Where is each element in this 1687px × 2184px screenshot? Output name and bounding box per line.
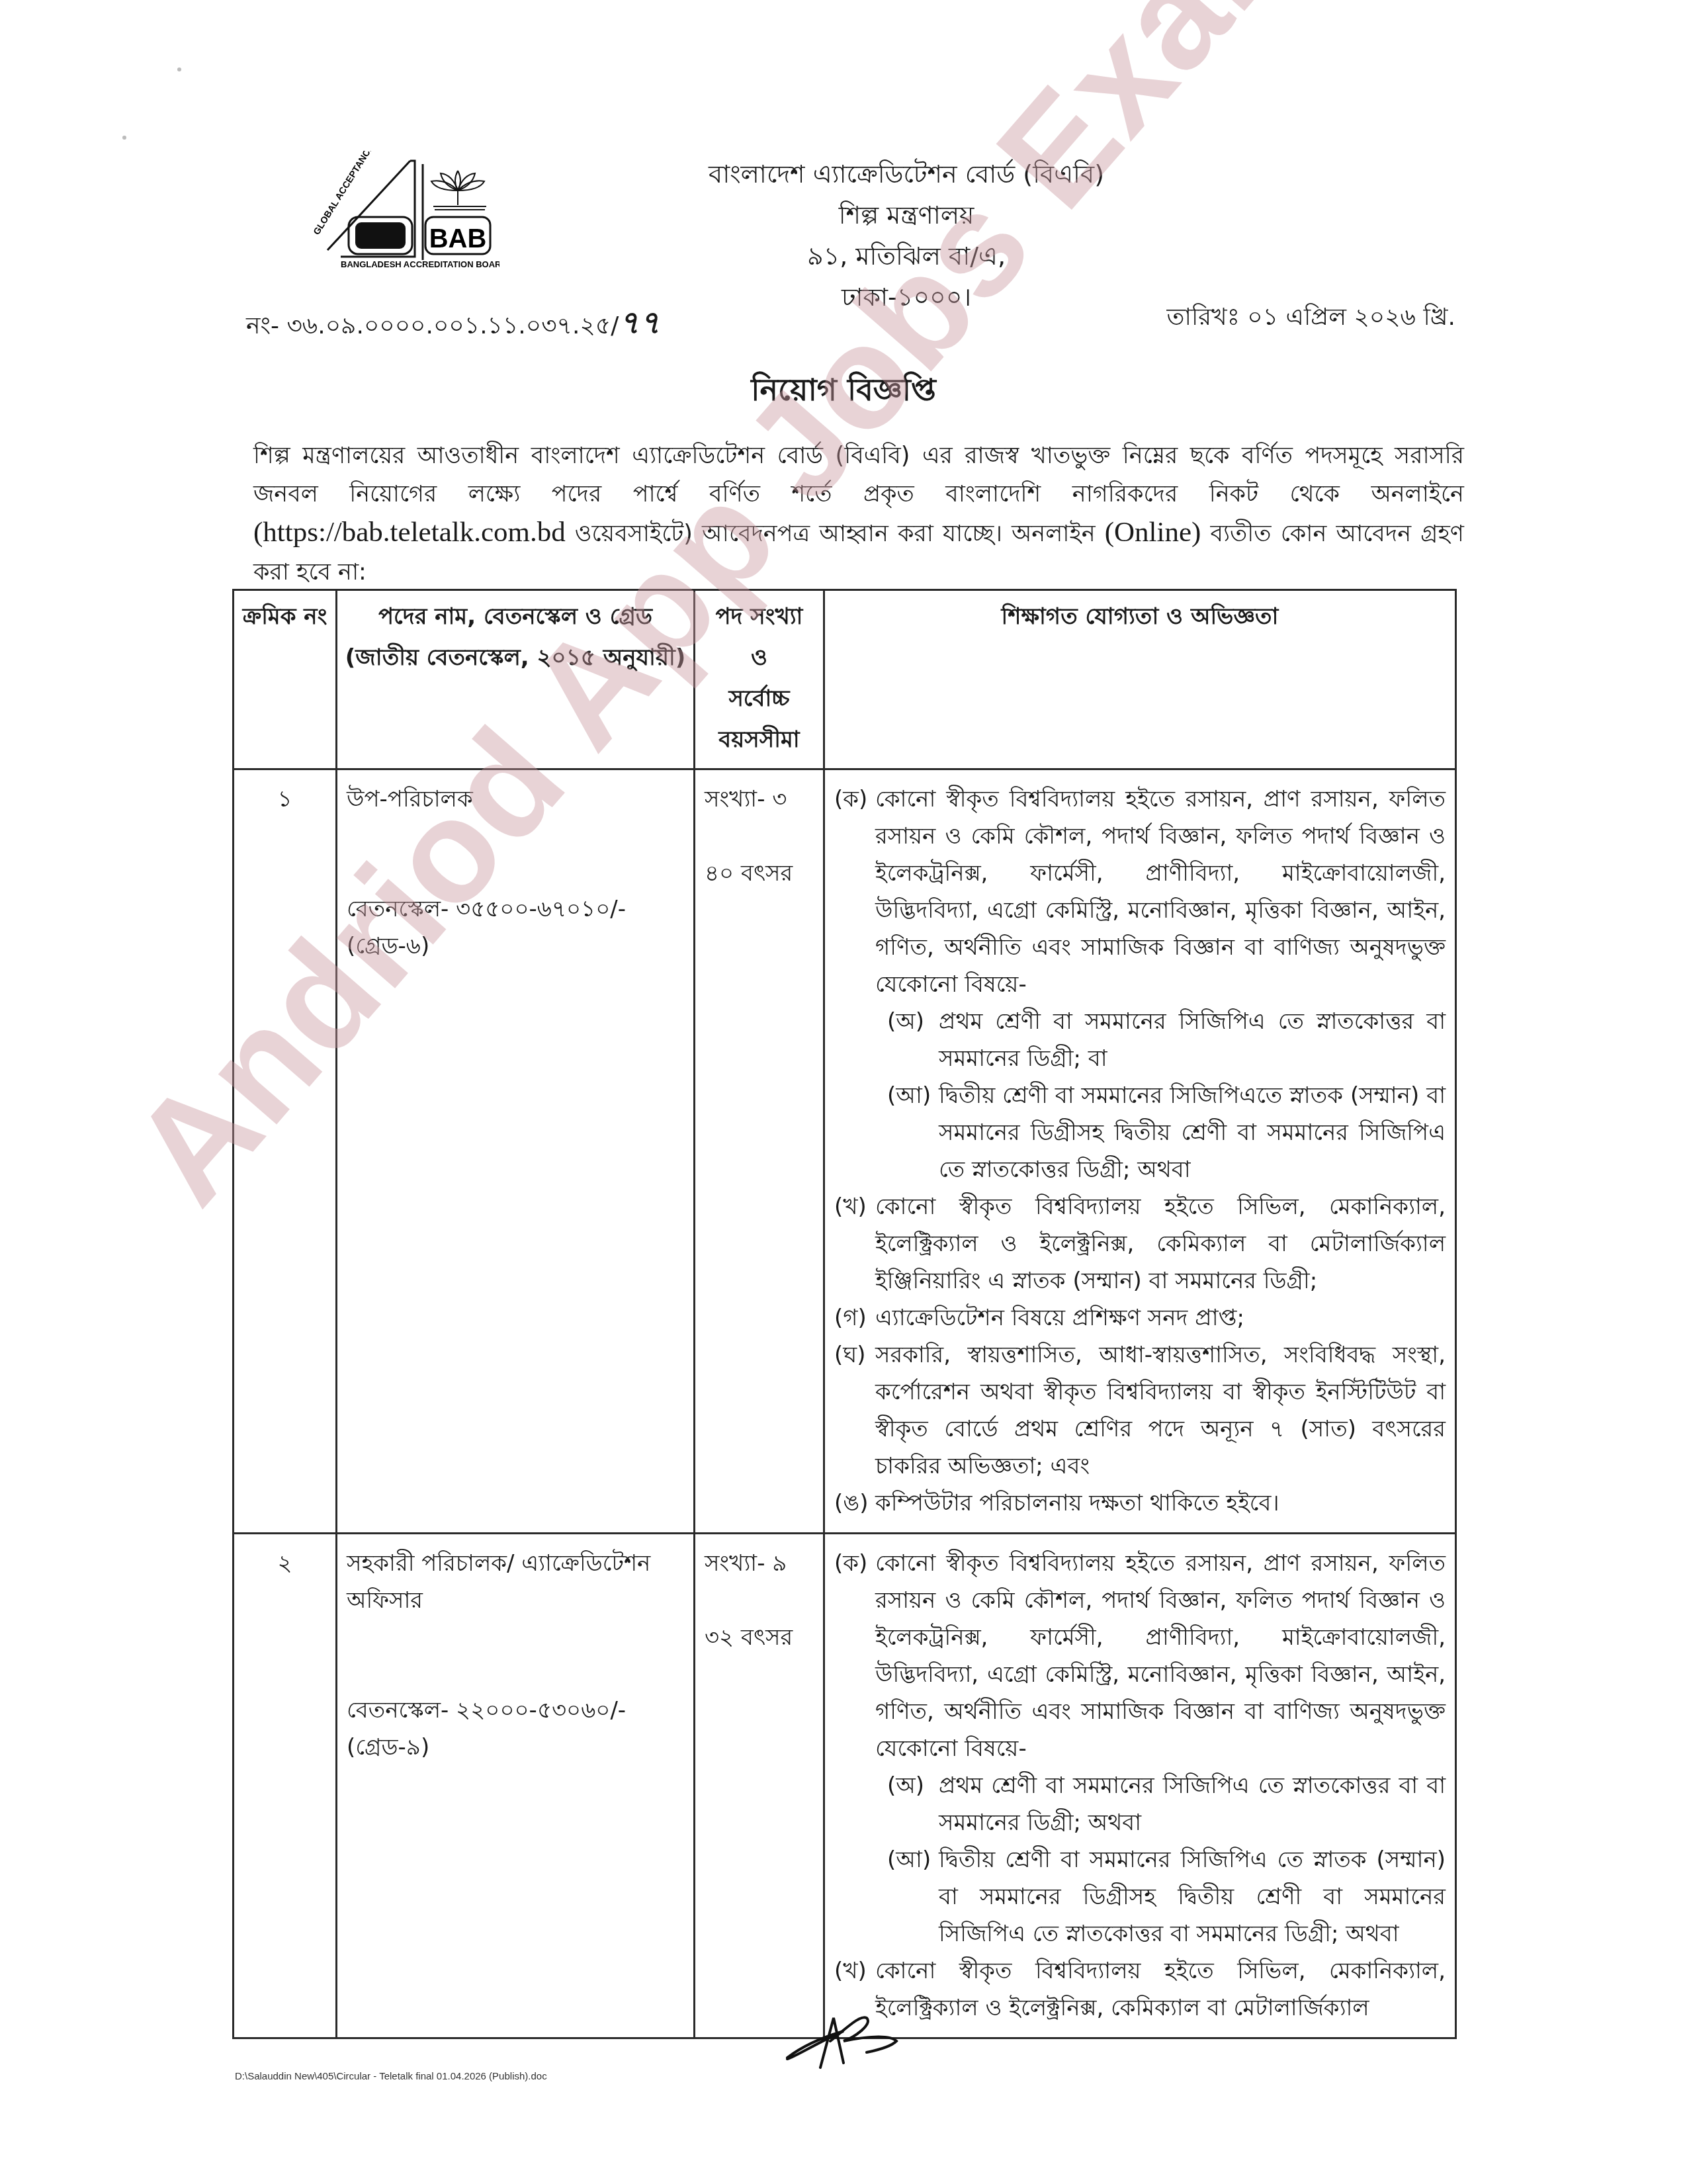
qualification-text: কোনো স্বীকৃত বিশ্ববিদ্যালয় হইতে রসায়ন,… [875,781,1446,1003]
header-count-line: সর্বোচ্চ [702,678,816,719]
qualification-text: কম্পিউটার পরিচালনায় দক্ষতা থাকিতে হইবে। [875,1485,1446,1522]
qualification-text: কোনো স্বীকৃত বিশ্ববিদ্যালয় হইতে সিভিল, … [875,1952,1446,2027]
signature [781,2011,920,2071]
memo-number-label: নং- ৩৬.০৯.০০০০.০০১.১১.০৩৭.২৫/ [246,312,619,339]
qualification-label: (খ) [834,1188,875,1299]
qualification-item: (ঘ)সরকারি, স্বায়ত্তশাসিত, আধা-স্বায়ত্ত… [834,1336,1446,1485]
qualification-label: (ক) [834,1545,875,1767]
subitem-text: প্রথম শ্রেণী বা সমমানের সিজিপিএ তে স্নাত… [939,1003,1446,1077]
cell-qualification: (ক)কোনো স্বীকৃত বিশ্ববিদ্যালয় হইতে রসায… [824,1534,1456,2038]
cell-count-age: সংখ্যা- ৯৩২ বৎসর [695,1534,824,2038]
header-qualification: শিক্ষাগত যোগ্যতা ও অভিজ্ঞতা [824,590,1456,769]
qualification-label: (ক) [834,781,875,1003]
header-count-age: পদ সংখ্যা ও সর্বোচ্চ বয়সসীমা [695,590,824,769]
post-name: উপ-পরিচালক [347,781,684,818]
qualification-item: (খ)কোনো স্বীকৃত বিশ্ববিদ্যালয় হইতে সিভি… [834,1188,1446,1299]
file-path: D:\Salauddin New\405\Circular - Teletalk… [235,2071,547,2082]
city-line: ঢাকা-১০০০। [582,277,1231,318]
org-name: বাংলাদেশ এ্যাক্রেডিটেশন বোর্ড (বিএবি) [582,153,1231,195]
grade: (গ্রেড-৯) [347,1729,684,1766]
qualification-subitem: (অ)প্রথম শ্রেণী বা সমমানের সিজিপিএ তে স্… [887,1767,1446,1841]
online-label: (Online) [1105,517,1201,548]
memo-number-handwritten: ৭৭ [619,304,660,341]
qualification-label: (ঙ) [834,1485,875,1522]
age-limit: ৩২ বৎসর [705,1619,814,1656]
memo-number: নং- ৩৬.০৯.০০০০.০০১.১১.০৩৭.২৫/৭৭ [246,299,660,351]
pay-scale: বেতনস্কেল- ২২০০০-৫৩০৬০/- [347,1692,684,1729]
subitem-label: (আ) [887,1841,939,1952]
subitem-text: প্রথম শ্রেণী বা সমমানের সিজিপিএ তে স্নাত… [939,1767,1446,1841]
pay-scale: বেতনস্কেল- ৩৫৫০০-৬৭০১০/- [347,891,684,928]
qualification-subitem: (আ)দ্বিতীয় শ্রেণী বা সমমানের সিজিপিএতে … [887,1077,1446,1188]
scan-speck [177,67,181,71]
cell-post: সহকারী পরিচালক/ এ্যাক্রেডিটেশন অফিসারবেত… [337,1534,695,2038]
logo-mark-text: BAB [429,224,487,253]
qualification-subitem: (অ)প্রথম শ্রেণী বা সমমানের সিজিপিএ তে স্… [887,1003,1446,1077]
scan-speck [122,136,126,140]
ministry-name: শিল্প মন্ত্রণালয় [582,195,1231,236]
age-limit: ৪০ বৎসর [705,855,814,892]
cell-qualification: (ক)কোনো স্বীকৃত বিশ্ববিদ্যালয় হইতে রসায… [824,769,1456,1534]
cell-count-age: সংখ্যা- ৩৪০ বৎসর [695,769,824,1534]
subitem-text: দ্বিতীয় শ্রেণী বা সমমানের সিজিপিএ তে স্… [939,1841,1446,1952]
qualification-item: (খ)কোনো স্বীকৃত বিশ্ববিদ্যালয় হইতে সিভি… [834,1952,1446,2027]
intro-text-2: ওয়েবসাইটে) আবেদনপত্র আহ্বান করা যাচ্ছে।… [566,521,1105,547]
qualification-label: (গ) [834,1299,875,1336]
application-url-link[interactable]: (https://bab.teletalk.com.bd [253,517,566,548]
spacer [705,1582,814,1619]
grade: (গ্রেড-৬) [347,928,684,965]
vacancy-table: ক্রমিক নং পদের নাম, বেতনস্কেল ও গ্রেড (জ… [232,589,1457,2039]
qualification-subitem: (আ)দ্বিতীয় শ্রেণী বা সমমানের সিজিপিএ তে… [887,1841,1446,1952]
qualification-text: সরকারি, স্বায়ত্তশাসিত, আধা-স্বায়ত্তশাস… [875,1336,1446,1485]
post-count: সংখ্যা- ৩ [705,781,814,818]
qualification-item: (গ)এ্যাক্রেডিটেশন বিষয়ে প্রশিক্ষণ সনদ প… [834,1299,1446,1336]
qualification-text: এ্যাক্রেডিটেশন বিষয়ে প্রশিক্ষণ সনদ প্রা… [875,1299,1446,1336]
page-title: নিয়োগ বিজ্ঞপ্তি [0,367,1687,417]
bab-logo: GLOBAL ACCEPTANCE BAB BANGLADESH ACCREDI… [301,151,499,270]
table-row: ২সহকারী পরিচালক/ এ্যাক্রেডিটেশন অফিসারবে… [234,1534,1456,2038]
header-count-line: বয়সসীমা [702,719,816,760]
intro-paragraph: শিল্প মন্ত্রণালয়ের আওতাধীন বাংলাদেশ এ্য… [253,437,1464,591]
qualification-label: (ঘ) [834,1336,875,1485]
letterhead-block: বাংলাদেশ এ্যাক্রেডিটেশন বোর্ড (বিএবি) শি… [582,153,1231,318]
address-line: ৯১, মতিঝিল বা/এ, [582,236,1231,277]
subitem-label: (অ) [887,1767,939,1841]
post-name: সহকারী পরিচালক/ এ্যাক্রেডিটেশন অফিসার [347,1545,684,1619]
cell-serial: ১ [234,769,337,1534]
header-count-line: পদ সংখ্যা [702,596,816,637]
spacer [347,818,684,891]
table-row: ১উপ-পরিচালকবেতনস্কেল- ৩৫৫০০-৬৭০১০/-(গ্রে… [234,769,1456,1534]
header-count-line: ও [702,637,816,678]
qualification-item: (ক)কোনো স্বীকৃত বিশ্ববিদ্যালয় হইতে রসায… [834,1545,1446,1767]
qualification-text: কোনো স্বীকৃত বিশ্ববিদ্যালয় হইতে রসায়ন,… [875,1545,1446,1767]
post-count: সংখ্যা- ৯ [705,1545,814,1582]
table-header-row: ক্রমিক নং পদের নাম, বেতনস্কেল ও গ্রেড (জ… [234,590,1456,769]
qualification-item: (ঙ)কম্পিউটার পরিচালনায় দক্ষতা থাকিতে হই… [834,1485,1446,1522]
logo-bottom-text: BANGLADESH ACCREDITATION BOARD [341,259,499,269]
intro-text-1: শিল্প মন্ত্রণালয়ের আওতাধীন বাংলাদেশ এ্য… [253,443,1464,507]
cell-post: উপ-পরিচালকবেতনস্কেল- ৩৫৫০০-৬৭০১০/-(গ্রেড… [337,769,695,1534]
spacer [347,1619,684,1692]
header-post: পদের নাম, বেতনস্কেল ও গ্রেড (জাতীয় বেতন… [337,590,695,769]
qualification-text: কোনো স্বীকৃত বিশ্ববিদ্যালয় হইতে সিভিল, … [875,1188,1446,1299]
memo-date: তারিখঃ ০১ এপ্রিল ২০২৬ খ্রি. [1167,299,1455,339]
cell-serial: ২ [234,1534,337,2038]
qualification-item: (ক)কোনো স্বীকৃত বিশ্ববিদ্যালয় হইতে রসায… [834,781,1446,1003]
subitem-text: দ্বিতীয় শ্রেণী বা সমমানের সিজিপিএতে স্ন… [939,1077,1446,1188]
header-serial: ক্রমিক নং [234,590,337,769]
subitem-label: (আ) [887,1077,939,1188]
subitem-label: (অ) [887,1003,939,1077]
spacer [705,818,814,855]
